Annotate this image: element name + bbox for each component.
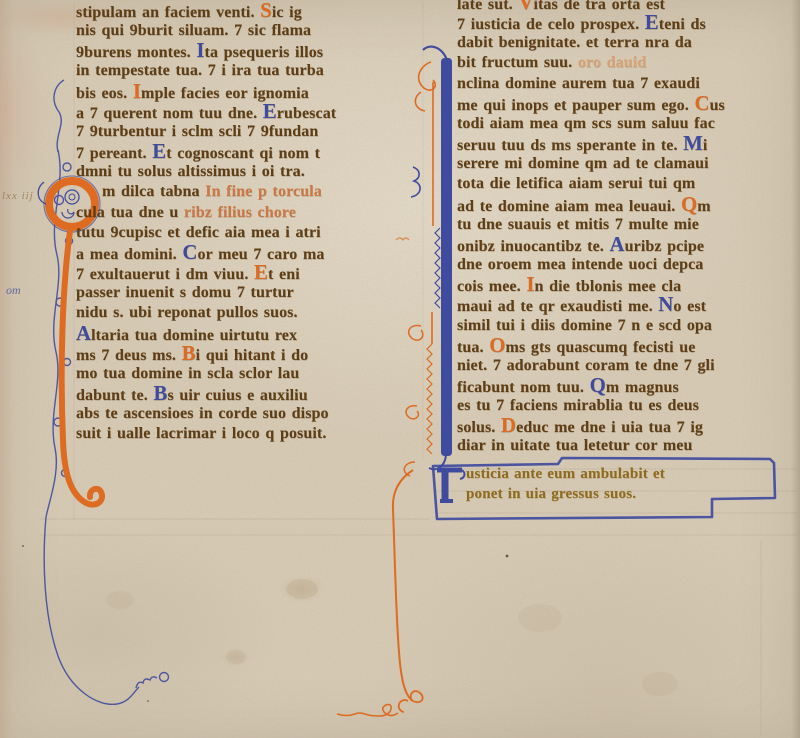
manuscript-text-line: cois mee. In die tblonis mee cla xyxy=(457,275,797,295)
text-segment: nidu s. ubi reponat pullos suos. xyxy=(76,304,298,321)
text-segment: uribz pcipe xyxy=(625,238,705,255)
text-segment: maui ad te qr exaudisti me. xyxy=(457,298,658,315)
text-segment: 7 9turbentur i sclm scli 7 9fundan xyxy=(76,123,318,140)
initial-I-inclina xyxy=(441,58,452,456)
manuscript-text-line: suit i ualle lacrimar i loco q posuit. xyxy=(76,424,426,444)
manuscript-text-line: bis eos. Imple facies eor ignomia xyxy=(76,82,426,102)
manuscript-text-line: nclina domine aurem tua 7 exaudi xyxy=(457,74,797,94)
manuscript-text-line: ms 7 deus ms. Bi qui hitant i do xyxy=(76,344,426,364)
text-segment: es tu 7 faciens mirablia tu es deus xyxy=(457,397,699,414)
decorated-initial: Q xyxy=(590,374,606,397)
text-segment: usticia ante eum ambulabit et xyxy=(466,466,665,482)
text-segment: me qui inops et pauper sum ego. xyxy=(457,97,694,114)
manuscript-text-line: in tempestate tua. 7 i ira tua turba xyxy=(76,61,426,81)
manuscript-text-line: onibz inuocantibz te. Auribz pcipe xyxy=(457,235,797,255)
decorated-initial: M xyxy=(683,132,703,155)
text-segment: ficabunt nom tuu. xyxy=(457,379,590,396)
manuscript-text-line: 7 pereant. Et cognoscant qi nom t xyxy=(76,142,426,162)
text-segment: tua. xyxy=(457,339,489,356)
margin-blue-mark: om xyxy=(6,283,21,298)
correction-box-text: usticia ante eum ambulabit etponet in ui… xyxy=(466,465,766,505)
decorated-initial: E xyxy=(152,140,166,163)
text-segment: solus. xyxy=(457,419,501,436)
text-segment: educ me dne i uia tua 7 ig xyxy=(516,419,703,436)
manuscript-text-line: bit fructum suu. oro dauid xyxy=(457,53,797,73)
text-segment: m xyxy=(697,198,710,215)
decorated-initial: I xyxy=(133,80,141,103)
text-segment: stipulam an faciem venti. xyxy=(76,4,260,21)
text-segment: cois mee. xyxy=(457,278,526,295)
text-segment: dabit benignitate. et terra nra da xyxy=(457,34,692,51)
manuscript-text-line: tu dne suauis et mitis 7 multe mie xyxy=(457,215,797,235)
text-segment: in tempestate tua. 7 i ira tua turba xyxy=(76,62,324,79)
manuscript-text-line: tua. Oms gts quascumq fecisti ue xyxy=(457,336,797,356)
decorated-initial: B xyxy=(182,342,196,365)
text-segment: i xyxy=(703,137,708,154)
manuscript-text-line: es tu 7 faciens mirablia tu es deus xyxy=(457,396,797,416)
decorated-initial: D xyxy=(501,414,516,437)
text-segment: ms gts quascumq fecisti ue xyxy=(506,339,696,356)
text-segment: tu dne suauis et mitis 7 multe mie xyxy=(457,216,699,233)
text-segment: t eni xyxy=(268,266,300,283)
text-segment: a mea domini. xyxy=(76,246,182,263)
rubric-text: oro dauid xyxy=(578,54,646,71)
manuscript-text-line: Altaria tua domine uirtutu rex xyxy=(76,324,426,344)
manuscript-text-line: 7 9turbentur i sclm scli 7 9fundan xyxy=(76,122,426,142)
decorated-initial: C xyxy=(694,92,709,115)
manuscript-text-line: dne oroem mea intende uoci depca xyxy=(457,255,797,275)
text-segment: cula tua dne u xyxy=(76,204,184,221)
manuscript-text-line: maui ad te qr exaudisti me. No est xyxy=(457,295,797,315)
text-segment: dabunt te. xyxy=(76,387,153,404)
manuscript-text-line: me qui inops et pauper sum ego. Cus xyxy=(457,94,797,114)
manuscript-text-line: mo tua domine in scla sclor lau xyxy=(76,364,426,384)
decorated-initial: V xyxy=(518,0,533,14)
text-segment: ms 7 deus ms. xyxy=(76,347,182,364)
manuscript-text-line: 7 iusticia de celo prospex. Eteni ds xyxy=(457,13,797,33)
text-segment: ad te domine aiam mea leuaui. xyxy=(457,198,681,215)
text-segment: onibz inuocantibz te. xyxy=(457,238,610,255)
text-segment: rubescat xyxy=(277,105,336,122)
text-segment: s uir cuius e auxiliu xyxy=(167,387,307,404)
text-segment: bis eos. xyxy=(76,85,133,102)
text-segment: mo tua domine in scla sclor lau xyxy=(76,365,299,382)
text-segment: o est xyxy=(673,298,706,315)
manuscript-text-line: 7 exultauerut i dm viuu. Et eni xyxy=(76,263,426,283)
decorated-initial: S xyxy=(260,0,272,22)
text-segment: nclina domine aurem tua 7 exaudi xyxy=(457,75,700,92)
text-segment: i qui hitant i do xyxy=(196,347,309,364)
rubric-text: In fine p torcula xyxy=(205,183,322,200)
text-segment: ic ig xyxy=(272,4,302,21)
text-segment: suit i ualle lacrimar i loco q posuit. xyxy=(76,425,326,442)
margin-psalm-number-note: lxx iij xyxy=(2,190,34,202)
manuscript-text-line: solus. Deduc me dne i uia tua 7 ig xyxy=(457,416,797,436)
text-segment: 7 iusticia de celo prospex. xyxy=(457,16,645,33)
text-segment: late sut. xyxy=(457,0,518,13)
decorated-initial: E xyxy=(263,100,277,123)
decorated-initial: E xyxy=(254,261,268,284)
manuscript-text-line: abs te ascensioes in corde suo dispo xyxy=(76,404,426,424)
text-segment: tutu 9cupisc et defic aia mea i atri xyxy=(76,224,321,241)
text-segment: dne oroem mea intende uoci depca xyxy=(457,256,703,273)
manuscript-text-line: 9burens montes. Ita psequeris illos xyxy=(76,41,426,61)
text-segment: niet. 7 adorabunt coram te dne 7 gli xyxy=(457,357,715,374)
decorated-initial: C xyxy=(182,241,197,264)
text-segment: teni ds xyxy=(659,16,706,33)
manuscript-text-line: niet. 7 adorabunt coram te dne 7 gli xyxy=(457,356,797,376)
manuscript-text-line: seruu tuu ds ms sperante in te. Mi xyxy=(457,134,797,154)
text-segment: ta psequeris illos xyxy=(205,44,324,61)
text-segment: diar in uitate tua letetur cor meu xyxy=(457,437,693,454)
text-segment: ponet in uia gressus suos. xyxy=(466,486,636,502)
text-segment: 9burens montes. xyxy=(76,44,196,61)
manuscript-text-line: nidu s. ubi reponat pullos suos. xyxy=(76,303,426,323)
rubric-text: ribz filius chore xyxy=(184,204,296,221)
text-segment: 7 pereant. xyxy=(76,145,152,162)
text-segment: a 7 querent nom tuu dne. xyxy=(76,105,263,122)
manuscript-text-line: tutu 9cupisc et defic aia mea i atri xyxy=(76,223,426,243)
manuscript-text-line: stipulam an faciem venti. Sic ig xyxy=(76,1,426,21)
manuscript-text-line: dmni tu solus altissimus i oi tra. xyxy=(76,162,426,182)
text-segment: nis qui 9burit siluam. 7 sic flama xyxy=(76,22,311,39)
manuscript-text-line: dabunt te. Bs uir cuius e auxiliu xyxy=(76,384,426,404)
left-text-column: stipulam an faciem venti. Sic ignis qui … xyxy=(76,1,426,444)
text-segment: mple facies eor ignomia xyxy=(141,85,309,102)
text-segment: simil tui i diis domine 7 n e scd opa xyxy=(457,317,712,334)
manuscript-text-line: ad te domine aiam mea leuaui. Qm xyxy=(457,195,797,215)
manuscript-text-line: cula tua dne u ribz filius chore xyxy=(76,203,426,223)
manuscript-text-line: tota die letifica aiam serui tui qm xyxy=(457,174,797,194)
decorated-initial: I xyxy=(196,39,204,62)
manuscript-text-line: a 7 querent nom tuu dne. Erubescat xyxy=(76,102,426,122)
text-segment: dmni tu solus altissimus i oi tra. xyxy=(76,163,305,180)
decorated-initial: O xyxy=(489,334,505,357)
manuscript-text-line: a mea domini. Cor meu 7 caro ma xyxy=(76,243,426,263)
text-segment: seruu tuu ds ms sperante in te. xyxy=(457,137,683,154)
manuscript-text-line: passer inuenit s domu 7 turtur xyxy=(76,283,426,303)
decorated-initial: A xyxy=(76,322,91,345)
text-segment: m dilca tabna xyxy=(102,183,205,200)
text-segment: bit fructum suu. xyxy=(457,54,578,71)
manuscript-text-line: dabit benignitate. et terra nra da xyxy=(457,33,797,53)
decorated-initial: N xyxy=(658,293,673,316)
text-segment: serere mi domine qm ad te clamaui xyxy=(457,155,709,172)
manuscript-text-line: m dilca tabna In fine p torcula xyxy=(76,182,426,202)
text-segment: m magnus xyxy=(606,379,679,396)
manuscript-page: stipulam an faciem venti. Sic ignis qui … xyxy=(0,0,800,738)
manuscript-text-line: late sut. Vitas de tra orta est xyxy=(457,0,797,13)
text-segment: us xyxy=(710,97,725,114)
decorated-initial: I xyxy=(526,273,534,296)
text-segment: 7 exultauerut i dm viuu. xyxy=(76,266,254,283)
manuscript-text-line: usticia ante eum ambulabit et xyxy=(466,465,766,485)
text-segment: tota die letifica aiam serui tui qm xyxy=(457,175,695,192)
manuscript-text-line: ficabunt nom tuu. Qm magnus xyxy=(457,376,797,396)
decorated-initial: Q xyxy=(681,193,697,216)
manuscript-text-line: simil tui i diis domine 7 n e scd opa xyxy=(457,316,797,336)
text-segment: todi aiam mea qm scs sum saluu fac xyxy=(457,115,715,132)
decorated-initial: B xyxy=(153,382,167,405)
manuscript-text-line: ponet in uia gressus suos. xyxy=(466,485,766,505)
text-segment: passer inuenit s domu 7 turtur xyxy=(76,284,294,301)
manuscript-text-line: nis qui 9burit siluam. 7 sic flama xyxy=(76,21,426,41)
decorated-initial: E xyxy=(645,11,659,34)
manuscript-text-line: diar in uitate tua letetur cor meu xyxy=(457,436,797,456)
manuscript-text-line: todi aiam mea qm scs sum saluu fac xyxy=(457,114,797,134)
right-text-column: late sut. Vitas de tra orta est7 iustici… xyxy=(457,0,797,457)
decorated-initial: A xyxy=(610,233,625,256)
text-segment: t cognoscant qi nom t xyxy=(166,145,320,162)
manuscript-text-line: serere mi domine qm ad te clamaui xyxy=(457,154,797,174)
text-segment: abs te ascensioes in corde suo dispo xyxy=(76,405,329,422)
